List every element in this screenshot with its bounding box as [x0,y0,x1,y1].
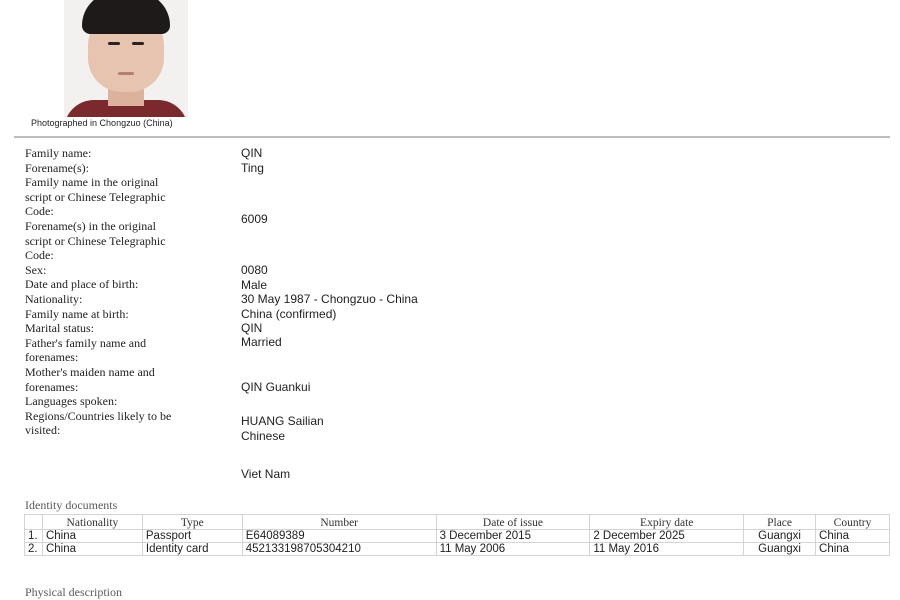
value-father-name: QIN Guankui [241,380,310,394]
cell-index: 2. [25,543,43,556]
label-languages: Languages spoken: [25,394,225,409]
field-labels: Family name: Forename(s): Family name in… [25,146,225,438]
cell-type: Identity card [142,543,242,556]
cell-date-of-issue: 11 May 2006 [436,543,590,556]
label-forenames: Forename(s): [25,161,225,176]
cell-nationality: China [42,530,142,543]
label-mother-name: Mother's maiden name and forenames: [25,365,175,394]
column-header-number: Number [242,515,436,530]
column-header-nationality: Nationality [42,515,142,530]
label-family-name-birth: Family name at birth: [25,307,225,322]
value-sex: Male [241,278,267,292]
cell-index: 1. [25,530,43,543]
value-family-name: QIN [241,146,262,160]
section-divider [14,136,890,138]
physical-description-title: Physical description [25,585,122,600]
label-date-place-birth: Date and place of birth: [25,277,225,292]
cell-type: Passport [142,530,242,543]
photo-mouth [118,72,134,75]
value-regions: Viet Nam [241,467,290,481]
label-nationality: Nationality: [25,292,225,307]
value-mother-name: HUANG Sailian [241,414,324,428]
value-family-name-code: 6009 [241,212,268,226]
photo-eye-right [132,42,144,45]
column-header-index [25,515,43,530]
cell-country: China [816,530,890,543]
label-sex: Sex: [25,263,225,278]
photo-eye-left [108,42,120,45]
cell-place: Guangxi [744,530,816,543]
label-regions: Regions/Countries likely to be visited: [25,409,190,438]
label-father-name: Father's family name and forenames: [25,336,165,365]
cell-expiry-date: 2 December 2025 [590,530,744,543]
table-row: 2. China Identity card 45213319870530421… [25,543,890,556]
identity-documents-table: Nationality Type Number Date of issue Ex… [24,514,890,556]
cell-expiry-date: 11 May 2016 [590,543,744,556]
value-languages: Chinese [241,429,285,443]
value-nationality: China (confirmed) [241,307,336,321]
cell-place: Guangxi [744,543,816,556]
photo-hair [82,0,170,34]
column-header-type: Type [142,515,242,530]
subject-photo [64,0,188,117]
table-row: 1. China Passport E64089389 3 December 2… [25,530,890,543]
label-forenames-original: Forename(s) in the original script or Ch… [25,219,185,263]
label-marital-status: Marital status: [25,321,225,336]
cell-number: 452133198705304210 [242,543,436,556]
column-header-expiry-date: Expiry date [590,515,744,530]
value-marital-status: Married [241,335,282,349]
column-header-date-of-issue: Date of issue [436,515,590,530]
value-family-name-birth: QIN [241,321,262,335]
value-forenames-code: 0080 [241,263,268,277]
value-date-place-birth: 30 May 1987 - Chongzuo - China [241,292,418,306]
table-header-row: Nationality Type Number Date of issue Ex… [25,515,890,530]
cell-nationality: China [42,543,142,556]
identity-documents-title: Identity documents [25,498,117,513]
cell-country: China [816,543,890,556]
cell-date-of-issue: 3 December 2015 [436,530,590,543]
column-header-country: Country [816,515,890,530]
cell-number: E64089389 [242,530,436,543]
label-family-name-original: Family name in the original script or Ch… [25,175,175,219]
photo-caption: Photographed in Chongzuo (China) [31,118,173,128]
column-header-place: Place [744,515,816,530]
label-family-name: Family name: [25,146,225,161]
value-forenames: Ting [241,161,264,175]
